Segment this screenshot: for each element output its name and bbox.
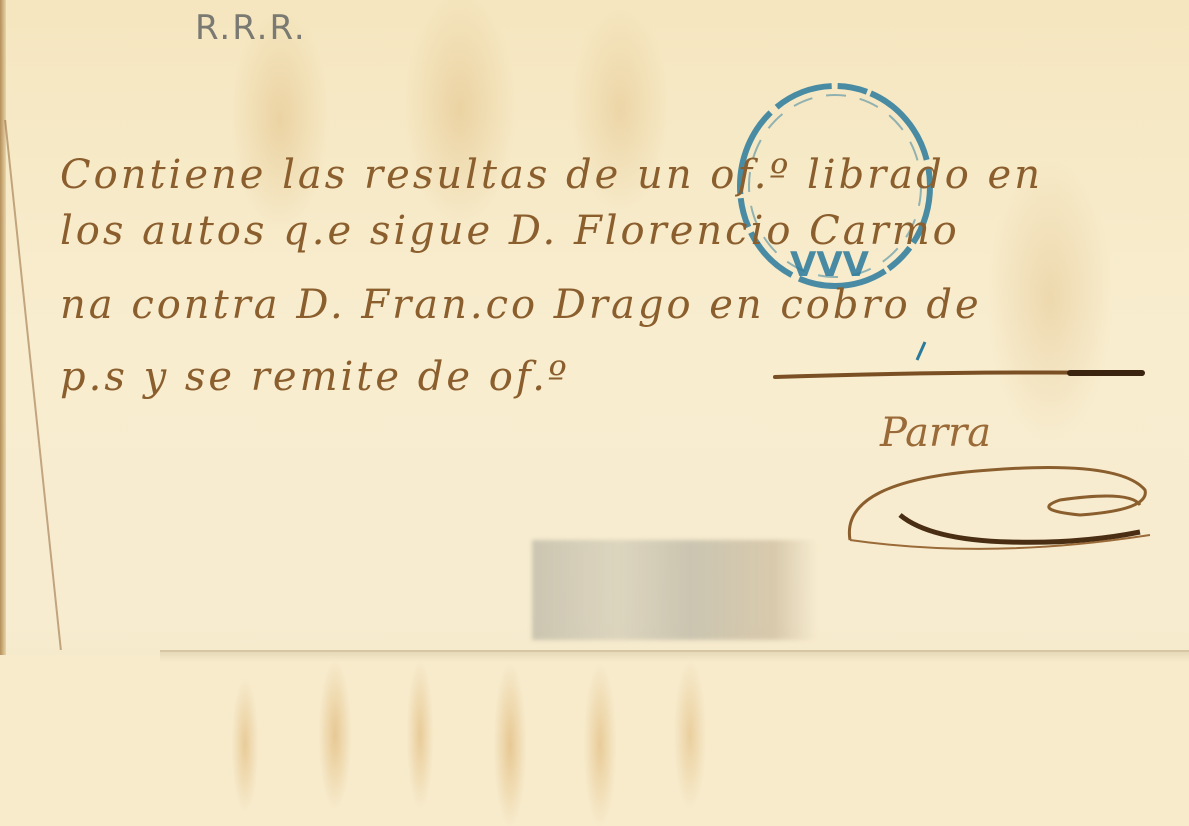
gray-stain-mark [532, 540, 817, 640]
handwritten-line-1: Contiene las resultas de un of.º librado… [60, 152, 1043, 198]
blue-ink-tick [915, 340, 927, 362]
handwritten-line-4: p.s y se remite de of.º [60, 354, 570, 400]
fold-line [160, 650, 1189, 662]
signature-rubrica-flourish [840, 360, 1170, 560]
handwritten-line-2: los autos q.e sigue D. Florencio Carmo [60, 208, 960, 254]
lower-flap-panel [0, 655, 1189, 826]
handwritten-line-3: na contra D. Fran.co Drago en cobro de [60, 282, 982, 328]
pencil-notation: R.R.R. [195, 8, 307, 48]
